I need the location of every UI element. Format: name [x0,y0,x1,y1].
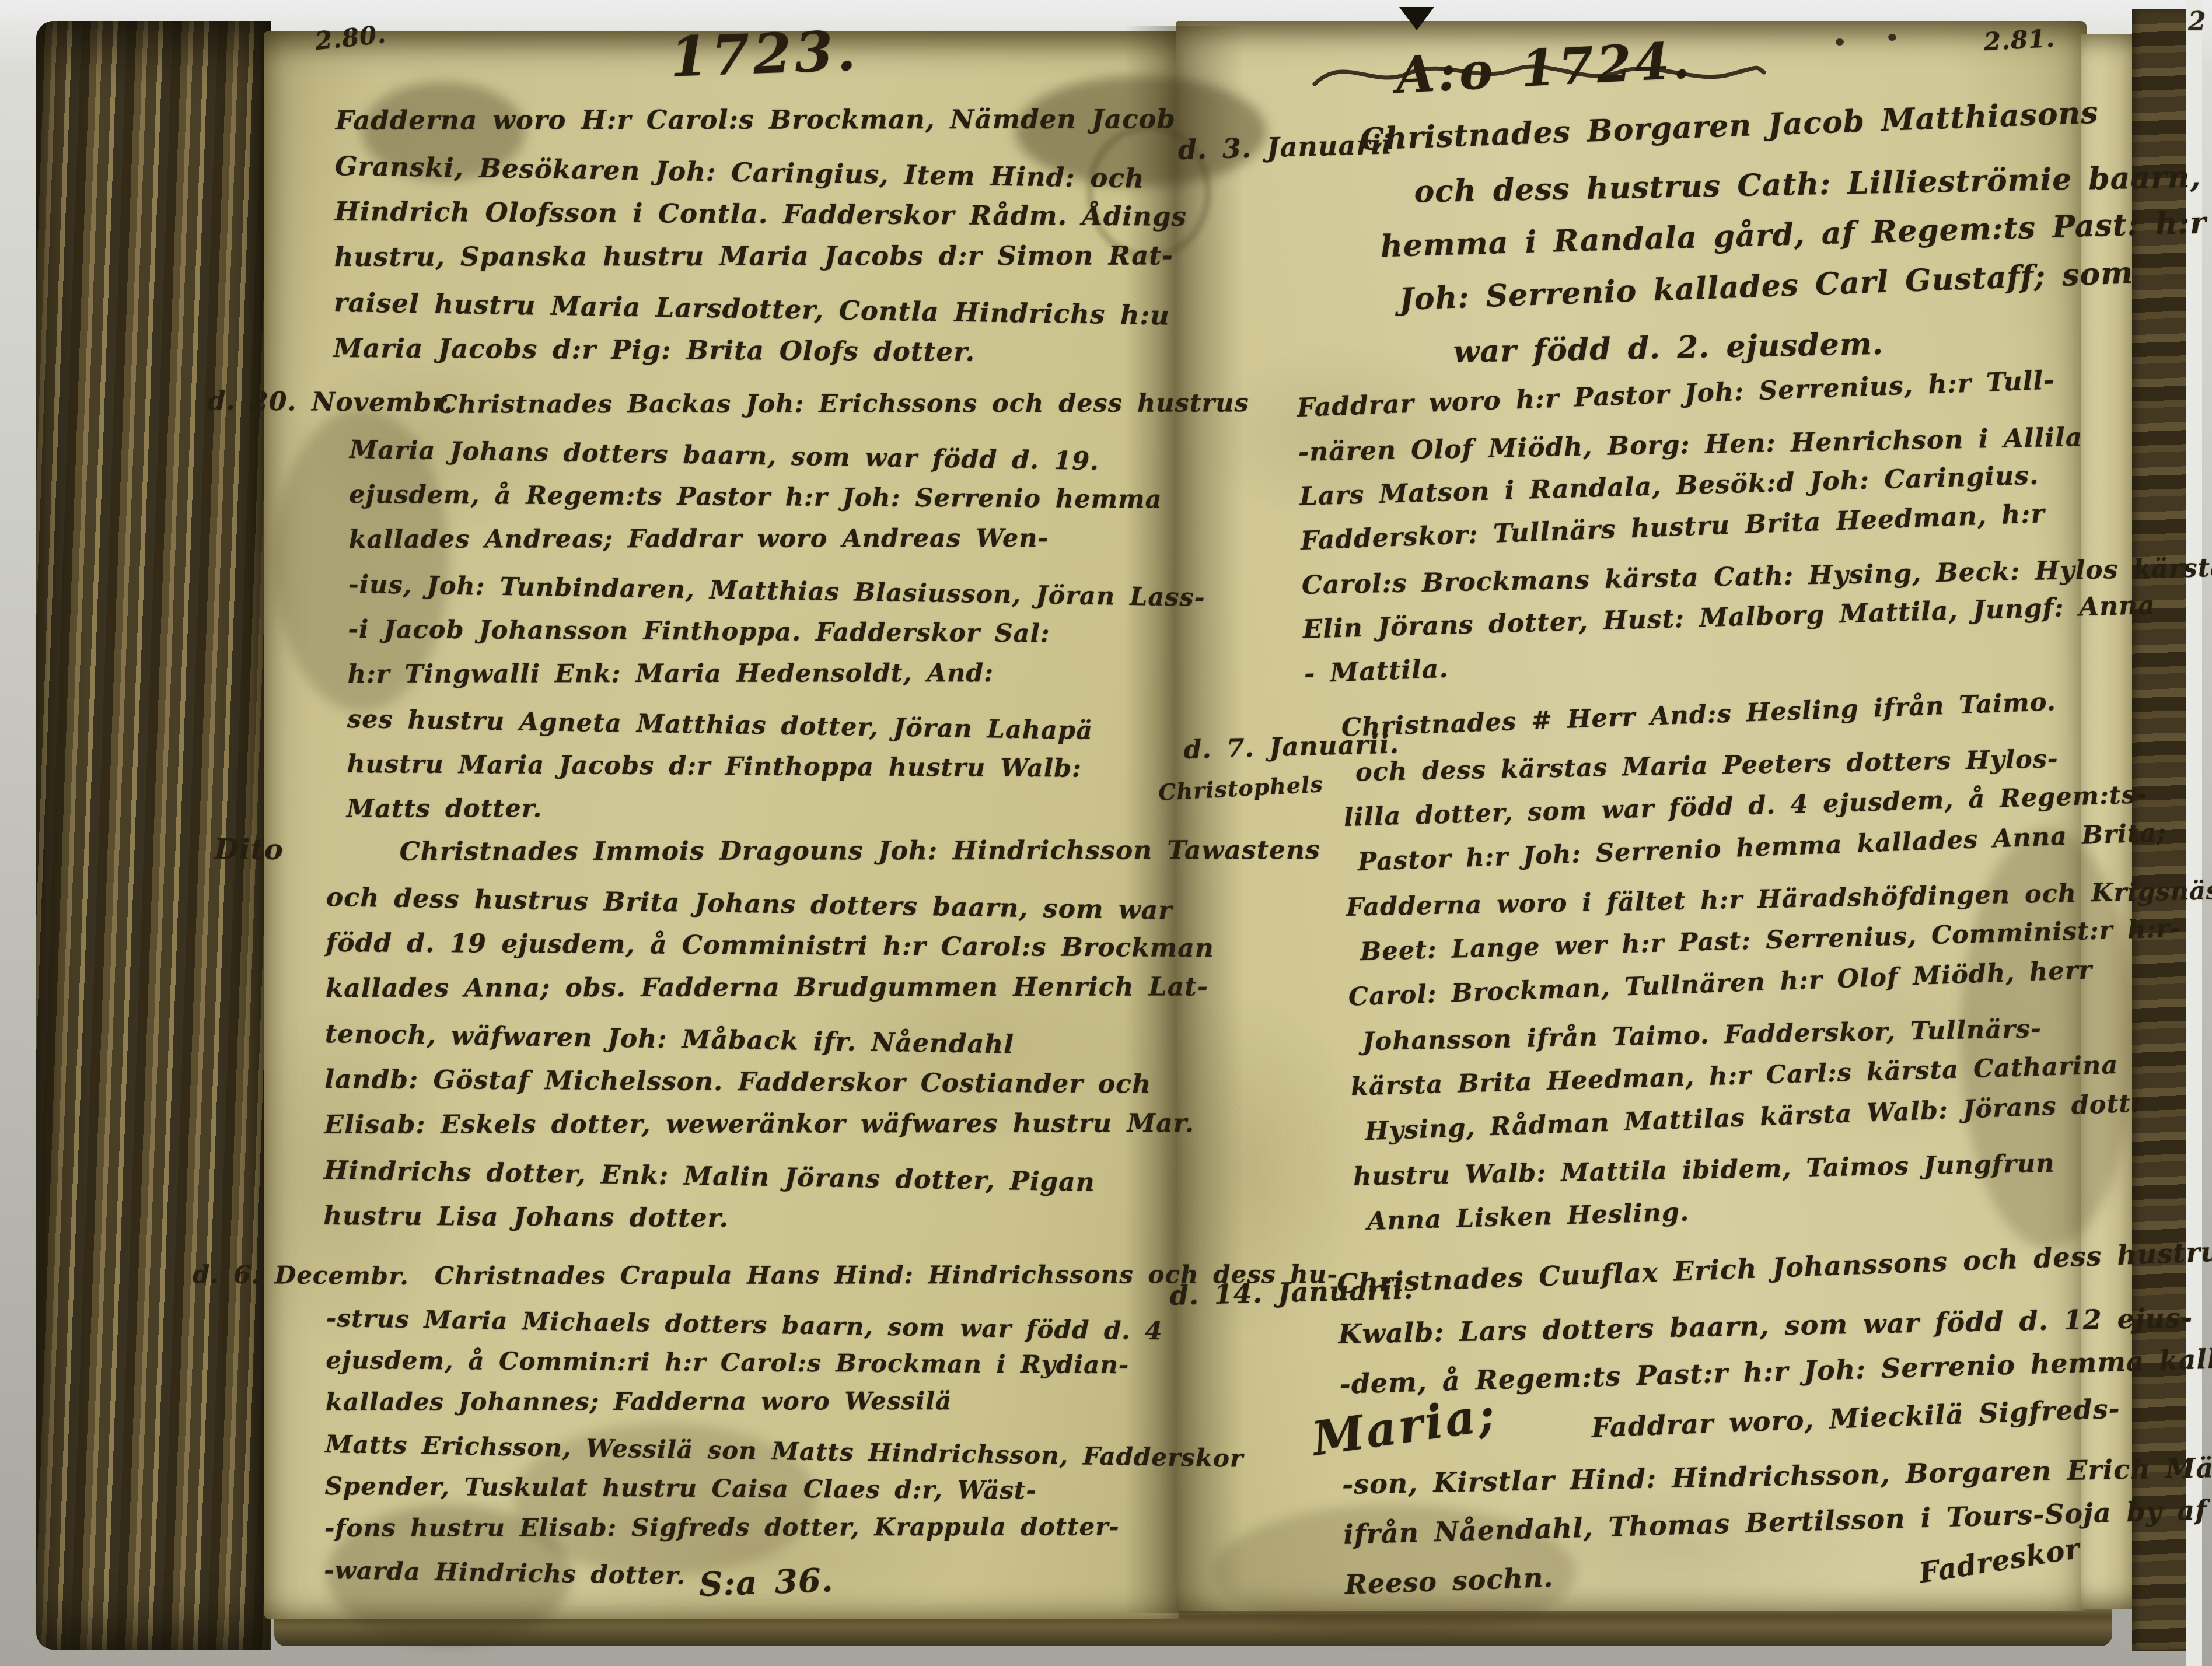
entry-line: ejusdem, å Regem:ts Pastor h:r Joh: Serr… [349,473,1248,523]
corner-page-numeral: 2 [2188,7,2207,37]
footer-sum: S:a 36. [698,1561,834,1604]
entry-line: Fadderna woro H:r Carol:s Brockman, Nämd… [336,96,1188,143]
entry-line: Christnades Immois Dragouns Joh: Hindric… [327,828,1320,875]
entry-line: hustru Lisa Johans dotter. [323,1193,1318,1245]
ink-dot [1836,38,1844,45]
ink-wedge [1399,7,1434,30]
entry-line: Christnades Backas Joh: Erichssons och d… [350,381,1249,428]
entry-line: Hindrich Olofsson i Contla. Fadderskor R… [334,189,1187,240]
entry-line: kallades Anna; obs. Fadderna Brudgummen … [326,964,1319,1012]
entry-line: Maria Jacobs d:r Pig: Brita Olofs dotter… [333,325,1186,376]
year-heading-left: 1723. [669,19,860,89]
baptism-entry-left-1: Fadderna woro H:r Carol:s Brockman, Nämd… [333,98,1188,379]
entry-line: hustru, Spanska hustru Maria Jacobs d:r … [334,233,1187,280]
entry-line: -i Jacob Johansson Finthoppa. Fadderskor… [348,607,1247,657]
manuscript-photo: 2.80. 1723. A:o 1724. 2.81. 2 Fadderna w… [0,0,2212,1666]
entry-line: Elisab: Eskels dotter, weweränkor wäfwar… [324,1101,1318,1148]
entry-line: hustru Maria Jacobs d:r Finthoppa hustru… [347,742,1246,792]
ink-dot [1888,34,1896,41]
entry-line: -fons hustru Elisab: Sigfreds dotter, Kr… [324,1506,1336,1549]
baptism-entry-right-1: Christnades Borgaren Jacob Matthiasons o… [1360,91,2210,381]
page-number-right: 2.81. [1983,24,2056,56]
baptism-entry-right-3: Christnades # Herr And:s Hesling ifrån T… [1341,682,2212,1244]
entry-line: h:r Tingwalli Enk: Maria Hedensoldt, And… [348,650,1247,697]
baptism-entry-left-3: Christnades Immois Dragouns Joh: Hindric… [323,829,1320,1248]
entry-line: Matts dotter. [347,785,1246,832]
baptism-entry-right-2: Faddrar woro h:r Pastor Joh: Serrenius, … [1297,362,2212,696]
entry-line: kallades Johannes; Fadderna woro Wessilä [326,1380,1337,1423]
baptism-entry-left-2: Christnades Backas Joh: Erichssons och d… [346,383,1249,839]
entry-line: kallades Andreas; Faddrar woro Andreas W… [349,516,1248,562]
entry-date: Dito [215,833,284,866]
